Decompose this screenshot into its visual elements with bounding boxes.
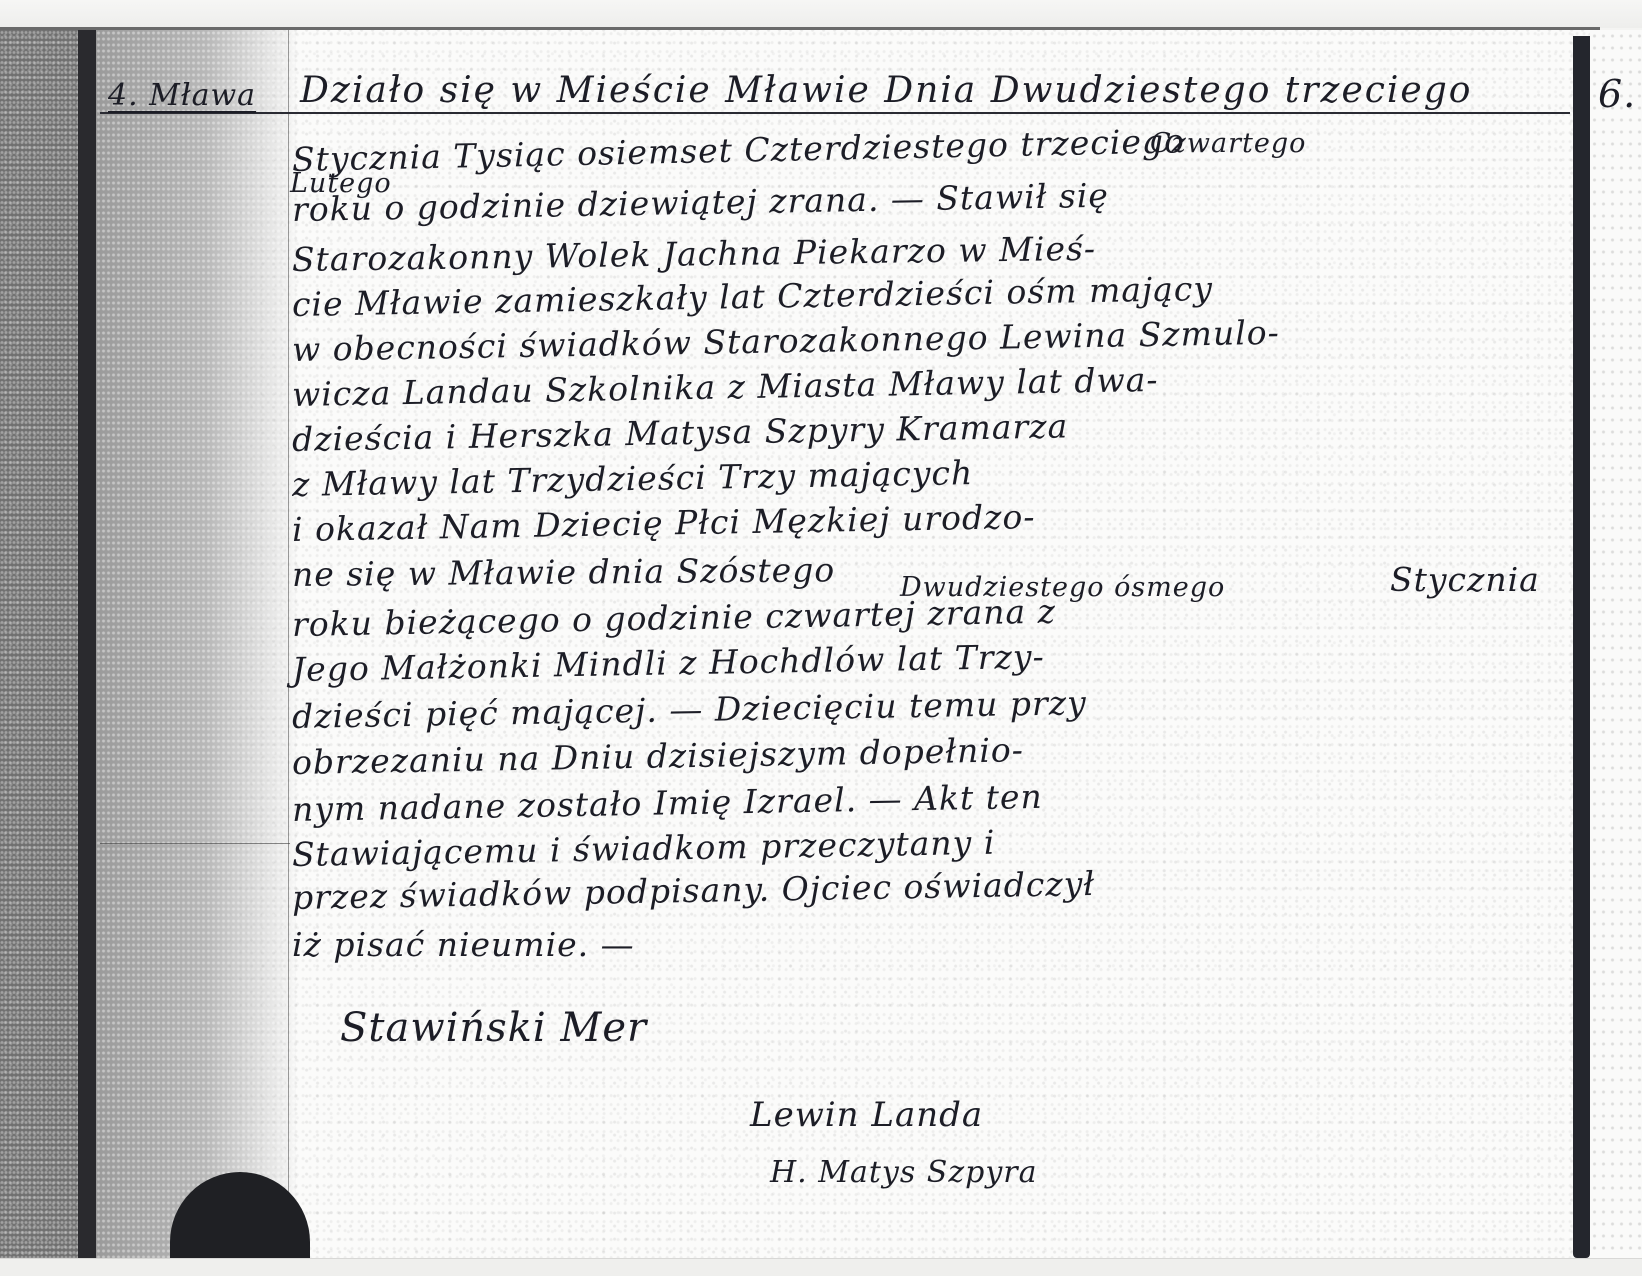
- record-header-line: Działo się w Mieście Mławie Dnia Dwudzie…: [300, 70, 1472, 111]
- scan-bottom-edge: [0, 1258, 1642, 1276]
- binding-edge: [78, 30, 96, 1258]
- signature-witness-szpyra: H. Matys Szpyra: [770, 1155, 1038, 1190]
- gutter-shadow: [96, 30, 296, 1258]
- record-line-18: iż pisać nieumie. —: [292, 925, 635, 964]
- header-underline: [100, 112, 1570, 114]
- folio-number: 6.: [1598, 72, 1636, 116]
- signature-witness-landa: Lewin Landa: [750, 1095, 983, 1135]
- next-column-strip: [1590, 30, 1642, 1258]
- record-line-10: ne się w Mławie dnia Szóstego: [292, 550, 836, 594]
- margin-note: 4. Mława: [108, 78, 256, 113]
- record-line-10-month: Stycznia: [1390, 560, 1540, 599]
- right-column-rule: [1573, 36, 1590, 1258]
- margin-rule: [288, 30, 289, 1258]
- signature-mayor: Stawiński Mer: [340, 1005, 647, 1051]
- margin-tick: [100, 843, 290, 844]
- scan-top-edge: [0, 0, 1642, 28]
